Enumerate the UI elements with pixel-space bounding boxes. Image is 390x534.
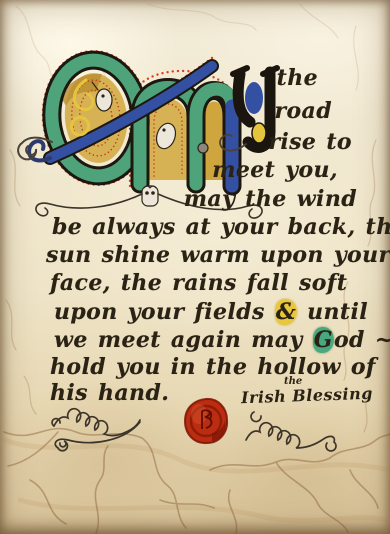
flourish-left <box>46 404 146 452</box>
blessing-line: road <box>274 99 332 123</box>
blessing-line: be always at your back, the <box>52 215 390 239</box>
blessing-line: may the wind <box>184 187 357 211</box>
illuminated-letter-accent: G <box>313 327 334 353</box>
blessing-line: hold you in the hollow of <box>50 355 376 379</box>
blessing-line: rise to <box>268 130 352 154</box>
blessing-line: his hand. <box>50 381 169 405</box>
blessing-line: we meet again may God ~ <box>54 328 390 352</box>
blessing-line: sun shine warm upon your <box>46 243 390 267</box>
blessing-line: the <box>277 66 318 90</box>
flourish-right <box>240 404 340 452</box>
blessing-line: face, the rains fall soft <box>50 271 347 295</box>
parchment-page: the road rise to meet you, may the wind … <box>0 0 390 534</box>
blessing-line: upon your fields & until <box>54 300 368 324</box>
illuminated-letter-accent: & <box>275 299 297 325</box>
blessing-line: meet you, <box>212 158 338 182</box>
wax-seal <box>182 396 230 446</box>
